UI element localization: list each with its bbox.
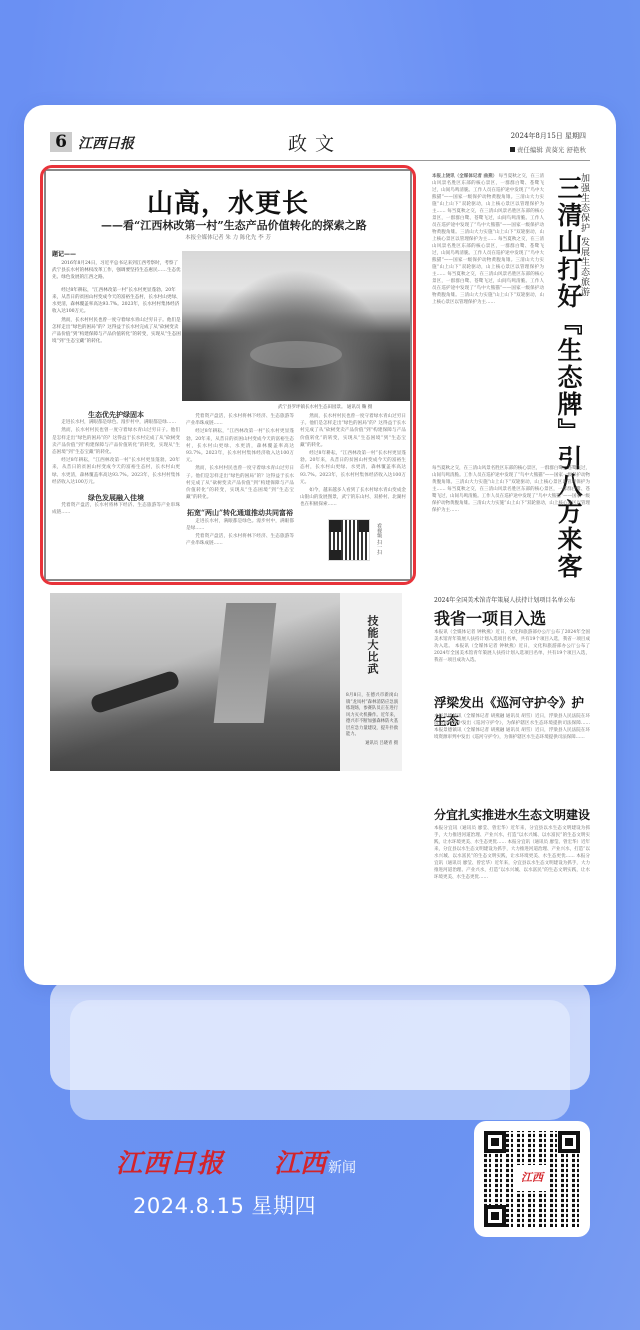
lead-story-body-continued: 每当夏秋之交，在三清山风景名胜区东部的核心景区，一群群白鹭、苍鹭飞过，山间鸟鸣清… (432, 465, 590, 555)
editors-text: 责任编辑 黄葵光 舒艳秋 (517, 146, 586, 154)
jiangxi-news-logo: 江西新闻 (274, 1143, 356, 1180)
qr-code-pattern: 江西 (484, 1131, 580, 1227)
jiangxi-daily-logo: 江西日报 (116, 1143, 224, 1180)
editors-line: 责任编辑 黄葵光 舒艳秋 (510, 145, 586, 154)
photo-feature-credit: 通讯员 吕晓青 摄 (346, 741, 398, 748)
qr-center-logo: 江西 (514, 1165, 550, 1191)
paper-logo: 江西日报 (78, 133, 134, 153)
lead-story-text: 每当夏秋之交，在三清山风景名胜区东部的核心景区，一群群白鹭、苍鹭飞过，山间鸟鸣清… (432, 174, 544, 214)
story-2-text: 本报讯（全媒体记者 钟秋燕）近日，文化和旅游部办公厅公布了2024年全国美术馆青… (434, 644, 590, 663)
story-4-body: 本报分宜讯（通讯员 廖莹、曾宏华）近年来，分宜县以水生态文明建设为抓手，大力推进… (434, 825, 590, 935)
photo-feature-body: 8月8日，在德兴市新岗山镇“龙凤村”森林消防应急演练现场，参赛队员正在进行风力灭… (346, 693, 398, 737)
footer-date: 2024.8.15 星期四 (133, 1190, 316, 1220)
photo-feature-caption-box: 技能大比武 8月8日，在德兴市新岗山镇“龙凤村”森林消防应急演练现场，参赛队员正… (340, 593, 402, 771)
newspaper-page-card[interactable]: 6 江西日报 政文 2024年8月15日 星期四 责任编辑 黄葵光 舒艳秋 山高… (24, 105, 616, 985)
story-3-body: 本报景德镇讯（全媒体记者 胡燕融 通讯员 胡雪）近日，浮梁县人民法院在环境资源审… (434, 713, 590, 795)
story-3-text: 本报景德镇讯（全媒体记者 胡燕融 通讯员 胡雪）近日，浮梁县人民法院在环境资源审… (434, 728, 590, 740)
qr-finder-icon (484, 1205, 506, 1227)
story-2-body: 本报讯（全媒体记者 钟秋燕）近日，文化和旅游部办公厅公布了2024年全国美术馆青… (434, 629, 590, 679)
qr-finder-icon (484, 1131, 506, 1153)
section-title: 政文 (288, 129, 342, 156)
page-masthead: 6 江西日报 政文 2024年8月15日 星期四 责任编辑 黄葵光 舒艳秋 (50, 125, 590, 161)
lead-story-dateline: 本报上饶讯（全媒体记者 曲燕） (432, 174, 497, 179)
qr-finder-icon (558, 1131, 580, 1153)
story-2-kicker: 2024年全国美术馆青年策展人扶持计划项目名单公布 (434, 595, 575, 604)
photo-feature-title: 技能大比武 (364, 615, 380, 675)
issue-date: 2024年8月15日 星期四 (511, 131, 586, 141)
page-number: 6 (50, 132, 72, 152)
story-2-headline[interactable]: 我省一项目入选 (434, 606, 546, 629)
app-download-qr-code[interactable]: 江西 (474, 1121, 590, 1237)
jiangxi-news-logo-mark: 江西 (274, 1149, 326, 1179)
lead-story-text: 每当夏秋之交，在三清山风景名胜区东部的核心景区，一群群白鹭、苍鹭飞过，山间鸟鸣清… (432, 487, 590, 513)
square-bullet-icon (510, 147, 515, 152)
story-4-headline[interactable]: 分宜扎实推进水生态文明建设 (434, 806, 590, 823)
lead-story-text: 每当夏秋之交，在三清山风景名胜区东部的核心景区，一群群白鹭、苍鹭飞过，山间鸟鸣清… (432, 237, 544, 277)
newspaper-page: 6 江西日报 政文 2024年8月15日 星期四 责任编辑 黄葵光 舒艳秋 山高… (50, 125, 590, 965)
card-stack-middle-layer (50, 980, 590, 1090)
firefighter-drill-photo[interactable] (50, 593, 340, 771)
highlight-frame (40, 165, 416, 585)
photo-feature-text: 8月8日，在德兴市新岗山镇“龙凤村”森林消防应急演练现场，参赛队员正在进行风力灭… (346, 693, 398, 747)
story-3-text: 本报景德镇讯（全媒体记者 胡燕融 通讯员 胡雪）近日，浮梁县人民法院在环境资源审… (434, 714, 590, 726)
jiangxi-news-logo-suffix: 新闻 (328, 1160, 356, 1176)
lead-story-text: 每当夏秋之交，在三清山风景名胜区东部的核心景区，一群群白鹭、苍鹭飞过，山间鸟鸣清… (432, 272, 544, 305)
